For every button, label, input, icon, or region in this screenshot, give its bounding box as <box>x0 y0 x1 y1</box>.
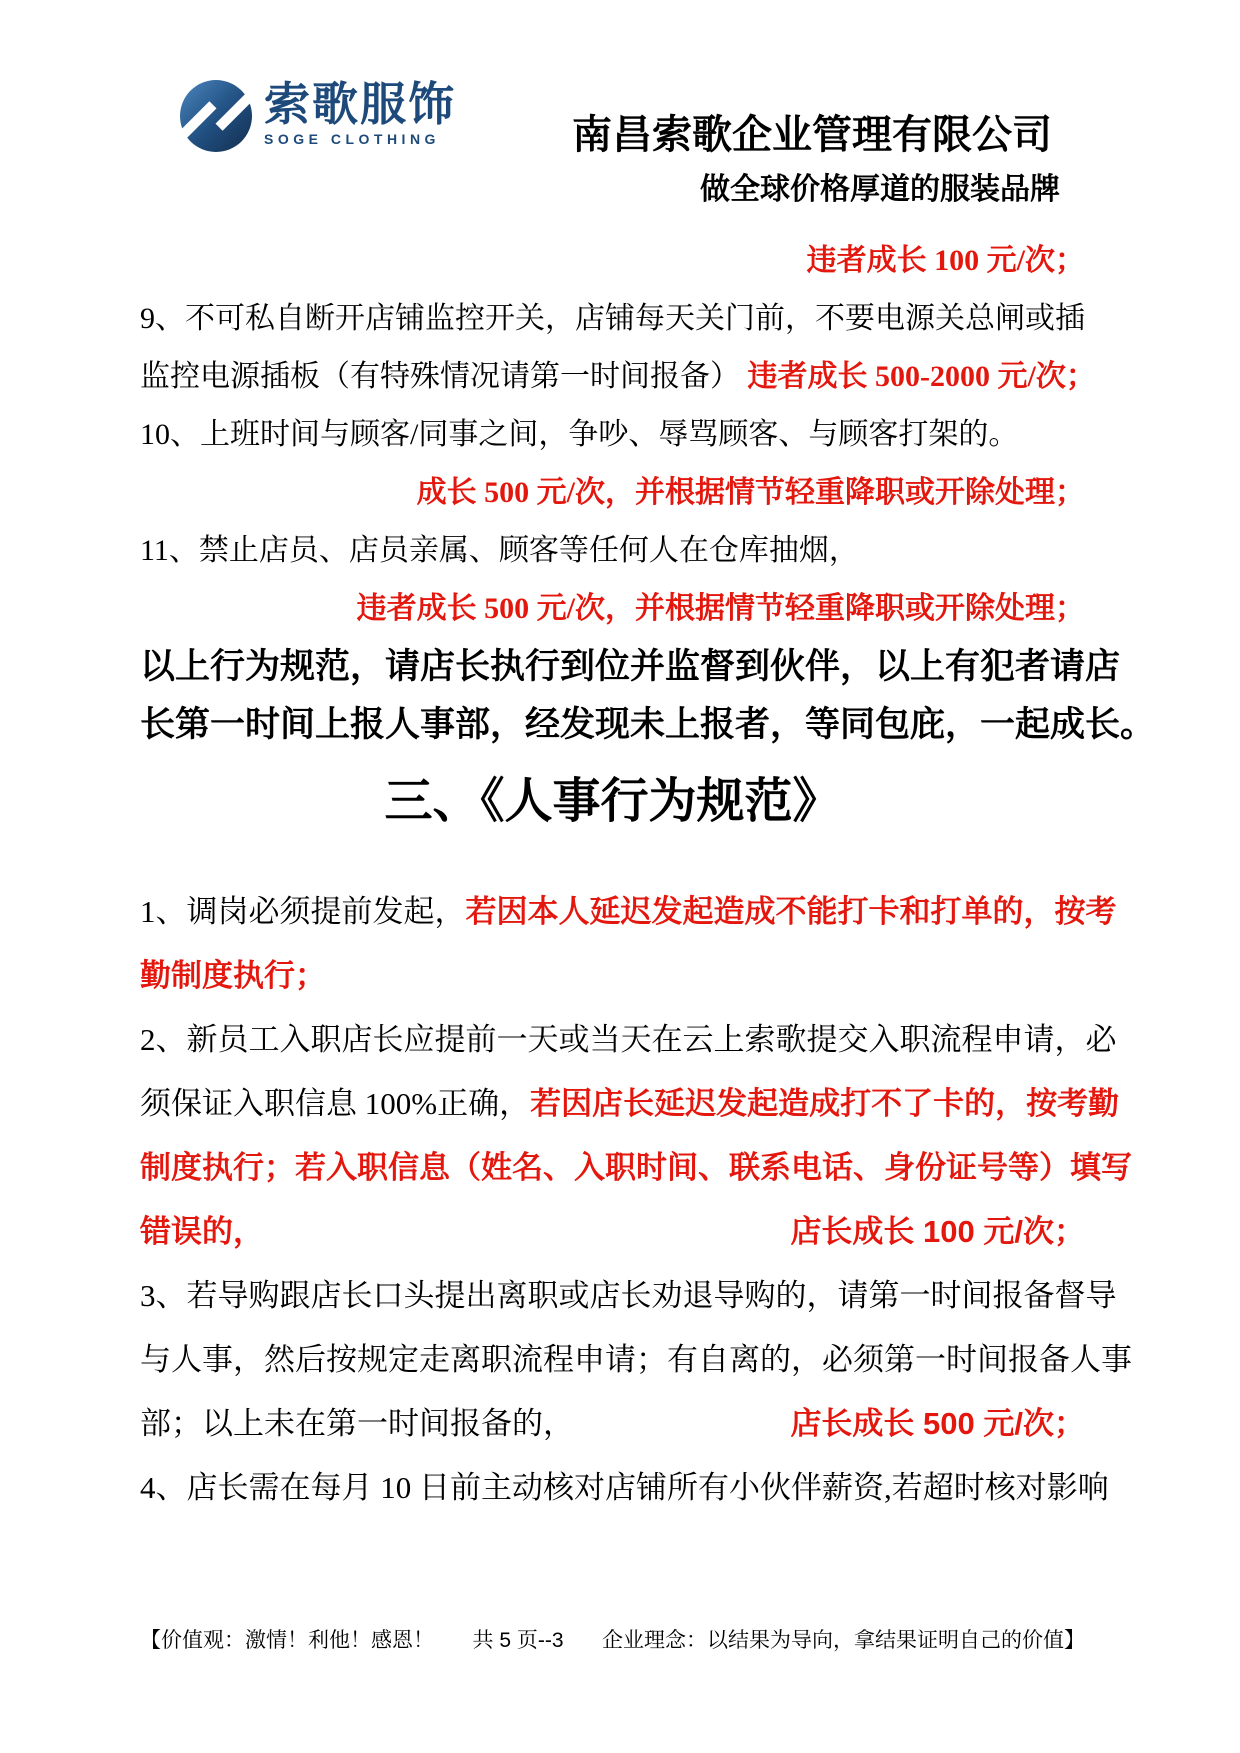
company-logo: 索歌服饰 SOGE CLOTHING <box>180 80 456 152</box>
hr-rule-3-line-2: 与人事，然后按规定走离职流程申请；有自离的，必须第一时间报备人事 <box>140 1328 1085 1392</box>
rule-9-line-1: 9、不可私自断开店铺监控开关，店铺每天关门前，不要电源关总闸或插 <box>140 290 1085 348</box>
rule-9-penalty: 违者成长 500-2000 元/次； <box>748 360 1096 393</box>
hr-rule-1-line-2: 勤制度执行； <box>140 944 1085 1008</box>
footer-values: 【价值观：激情！利他！感恩！ <box>140 1626 434 1656</box>
hr-rule-3-line-3: 部；以上未在第一时间报备的，店长成长 500 元/次； <box>140 1392 1085 1456</box>
rule-9-text: 监控电源插板（有特殊情况请第一时间报备） <box>140 360 740 393</box>
penalty-top-line: 违者成长 100 元/次； <box>140 232 1085 290</box>
closing-paragraph-line-1: 以上行为规范，请店长执行到位并监督到伙伴，以上有犯者请店 <box>140 638 1085 696</box>
document-page: 索歌服饰 SOGE CLOTHING 南昌索歌企业管理有限公司 做全球价格厚道的… <box>0 0 1240 1753</box>
rule-10-penalty: 成长 500 元/次，并根据情节轻重降职或开除处理； <box>140 464 1085 522</box>
page-footer: 【价值观：激情！利他！感恩！ 共 5 页--3 企业理念：以结果为导向，拿结果证… <box>140 1626 1085 1656</box>
hr-rule-2-warning: 若因店长延迟发起造成打不了卡的，按考勤 <box>530 1086 1119 1121</box>
logo-english-name: SOGE CLOTHING <box>264 131 456 147</box>
hr-rule-3-text: 部；以上未在第一时间报备的， <box>140 1392 574 1456</box>
hr-rule-2-line-3: 制度执行；若入职信息（姓名、入职时间、联系电话、身份证号等）填写 <box>140 1136 1085 1200</box>
closing-paragraph-line-2: 长第一时间上报人事部，经发现未上报者，等同包庇，一起成长。 <box>140 696 1085 754</box>
hr-rule-2-penalty: 店长成长 100 元/次； <box>790 1200 1085 1264</box>
footer-page-number: 共 5 页--3 <box>472 1626 563 1656</box>
hr-rule-3-line-1: 3、若导购跟店长口头提出离职或店长劝退导购的，请第一时间报备督导 <box>140 1264 1085 1328</box>
rule-10-text: 10、上班时间与顾客/同事之间，争吵、辱骂顾客、与顾客打架的。 <box>140 406 1085 464</box>
hr-rule-2-line-2: 须保证入职信息 100%正确，若因店长延迟发起造成打不了卡的，按考勤 <box>140 1072 1085 1136</box>
hr-rule-1-line-1: 1、调岗必须提前发起，若因本人延迟发起造成不能打卡和打单的，按考 <box>140 880 1085 944</box>
company-slogan: 做全球价格厚道的服装品牌 <box>700 172 1060 208</box>
hr-rule-1-penalty: 若因本人延迟发起造成不能打卡和打单的，按考 <box>466 894 1117 929</box>
hr-rule-2-line-1: 2、新员工入职店长应提前一天或当天在云上索歌提交入职流程申请，必 <box>140 1008 1085 1072</box>
soge-logo-icon <box>180 80 252 152</box>
hr-rule-4-line-1: 4、店长需在每月 10 日前主动核对店铺所有小伙伴薪资,若超时核对影响 <box>140 1456 1085 1520</box>
hr-rule-2-error-text: 错误的， <box>140 1200 264 1264</box>
hr-rule-2-text: 须保证入职信息 100%正确， <box>140 1086 530 1121</box>
rule-9-line-2: 监控电源插板（有特殊情况请第一时间报备） 违者成长 500-2000 元/次； <box>140 348 1085 406</box>
company-title: 南昌索歌企业管理有限公司 <box>572 110 1052 160</box>
logo-text: 索歌服饰 SOGE CLOTHING <box>264 80 456 147</box>
hr-rule-1-text: 1、调岗必须提前发起， <box>140 894 466 929</box>
footer-philosophy: 企业理念：以结果为导向，拿结果证明自己的价值】 <box>602 1626 1085 1656</box>
section-3-title: 三、《人事行为规范》 <box>140 754 1085 850</box>
rule-11-text: 11、禁止店员、店员亲属、顾客等任何人在仓库抽烟， <box>140 522 1085 580</box>
hr-rule-2-line-4: 错误的，店长成长 100 元/次； <box>140 1200 1085 1264</box>
hr-rule-3-penalty: 店长成长 500 元/次； <box>790 1392 1085 1456</box>
document-body: 违者成长 100 元/次； 9、不可私自断开店铺监控开关，店铺每天关门前，不要电… <box>140 232 1085 1520</box>
rule-11-penalty: 违者成长 500 元/次，并根据情节轻重降职或开除处理； <box>140 580 1085 638</box>
logo-chinese-name: 索歌服饰 <box>264 80 456 128</box>
